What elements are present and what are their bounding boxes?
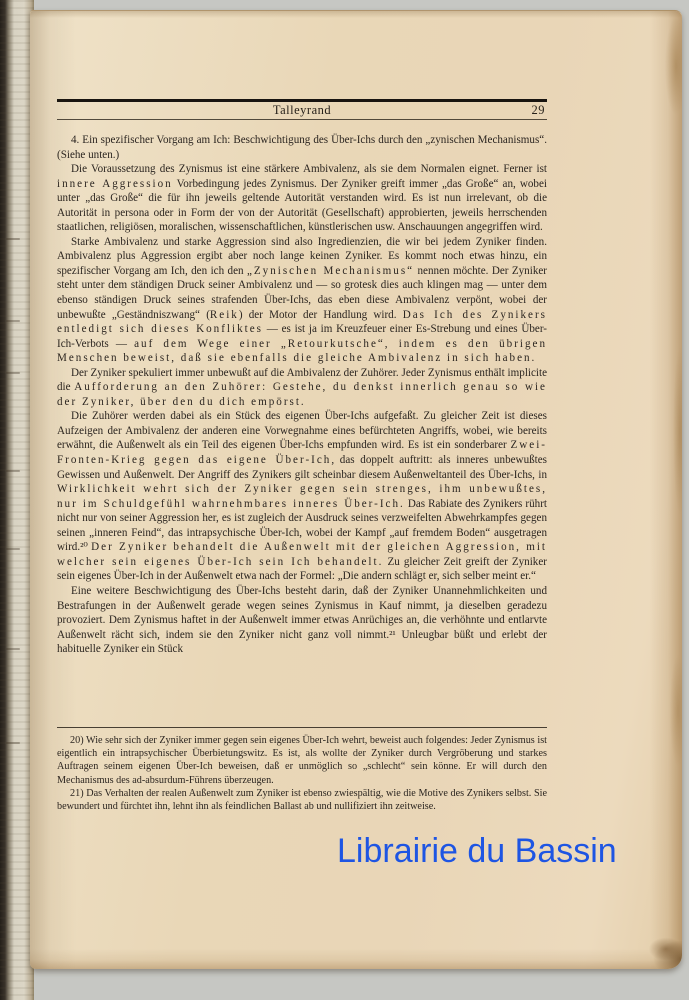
emphasized-text-run: Aufforderung an den Zuhörer: Gestehe, du… — [57, 381, 547, 408]
paragraph: 21) Das Verhalten der realen Außenwelt z… — [57, 787, 547, 813]
book-photo: { "colors": { "background_gray": "#c6c7c… — [0, 0, 689, 1000]
footnote-block: 20) Wie sehr sich der Zyniker immer gege… — [57, 727, 547, 813]
edge-mark — [6, 470, 20, 472]
paragraph: Starke Ambivalenz und starke Aggression … — [57, 235, 547, 366]
edge-mark — [6, 238, 20, 240]
footnotes: 20) Wie sehr sich der Zyniker immer gege… — [57, 734, 547, 813]
edge-mark — [6, 548, 20, 550]
text-run: Die Voraussetzung des Zynismus ist eine … — [71, 163, 547, 175]
bookseller-watermark: Librairie du Bassin — [337, 832, 617, 871]
text-run: Die Zuhörer werden dabei als ein Stück d… — [57, 410, 547, 451]
header-rule-thick — [57, 99, 547, 102]
edge-mark — [6, 648, 20, 650]
book-fore-edge — [0, 0, 34, 1000]
text-run: 21) Das Verhalten der realen Außenwelt z… — [57, 788, 547, 812]
running-title: Talleyrand — [57, 103, 547, 118]
running-head: Talleyrand 29 — [57, 103, 547, 119]
page-number: 29 — [532, 103, 546, 118]
text-run: 20) Wie sehr sich der Zyniker immer gege… — [57, 735, 547, 786]
emphasized-text-run: innere Aggression — [57, 178, 173, 190]
emphasized-text-run: „Zynischen Mechanismus“ — [247, 265, 414, 277]
paragraph: Die Voraussetzung des Zynismus ist eine … — [57, 162, 547, 235]
paragraph: 20) Wie sehr sich der Zyniker immer gege… — [57, 734, 547, 787]
edge-mark — [6, 742, 20, 744]
paragraph: Eine weitere Beschwichtigung des Über-Ic… — [57, 584, 547, 657]
paragraph: Der Zyniker spekuliert immer unbewußt au… — [57, 366, 547, 410]
paragraph: Die Zuhörer werden dabei als ein Stück d… — [57, 409, 547, 584]
edge-mark — [6, 320, 20, 322]
header-rule-thin — [57, 119, 547, 120]
emphasized-text-run: Reik — [210, 309, 239, 321]
text-run: ) der Motor der Handlung wird. — [239, 309, 403, 321]
text-run: 4. Ein spezifischer Vorgang am Ich: Besc… — [57, 134, 547, 161]
text-run: Eine weitere Beschwichtigung des Über-Ic… — [57, 585, 547, 655]
edge-mark — [6, 372, 20, 374]
body-text: 4. Ein spezifischer Vorgang am Ich: Besc… — [57, 133, 547, 723]
paragraph: 4. Ein spezifischer Vorgang am Ich: Besc… — [57, 133, 547, 162]
footnote-rule — [57, 727, 547, 728]
book-page: Talleyrand 29 4. Ein spezifischer Vorgan… — [30, 10, 682, 969]
